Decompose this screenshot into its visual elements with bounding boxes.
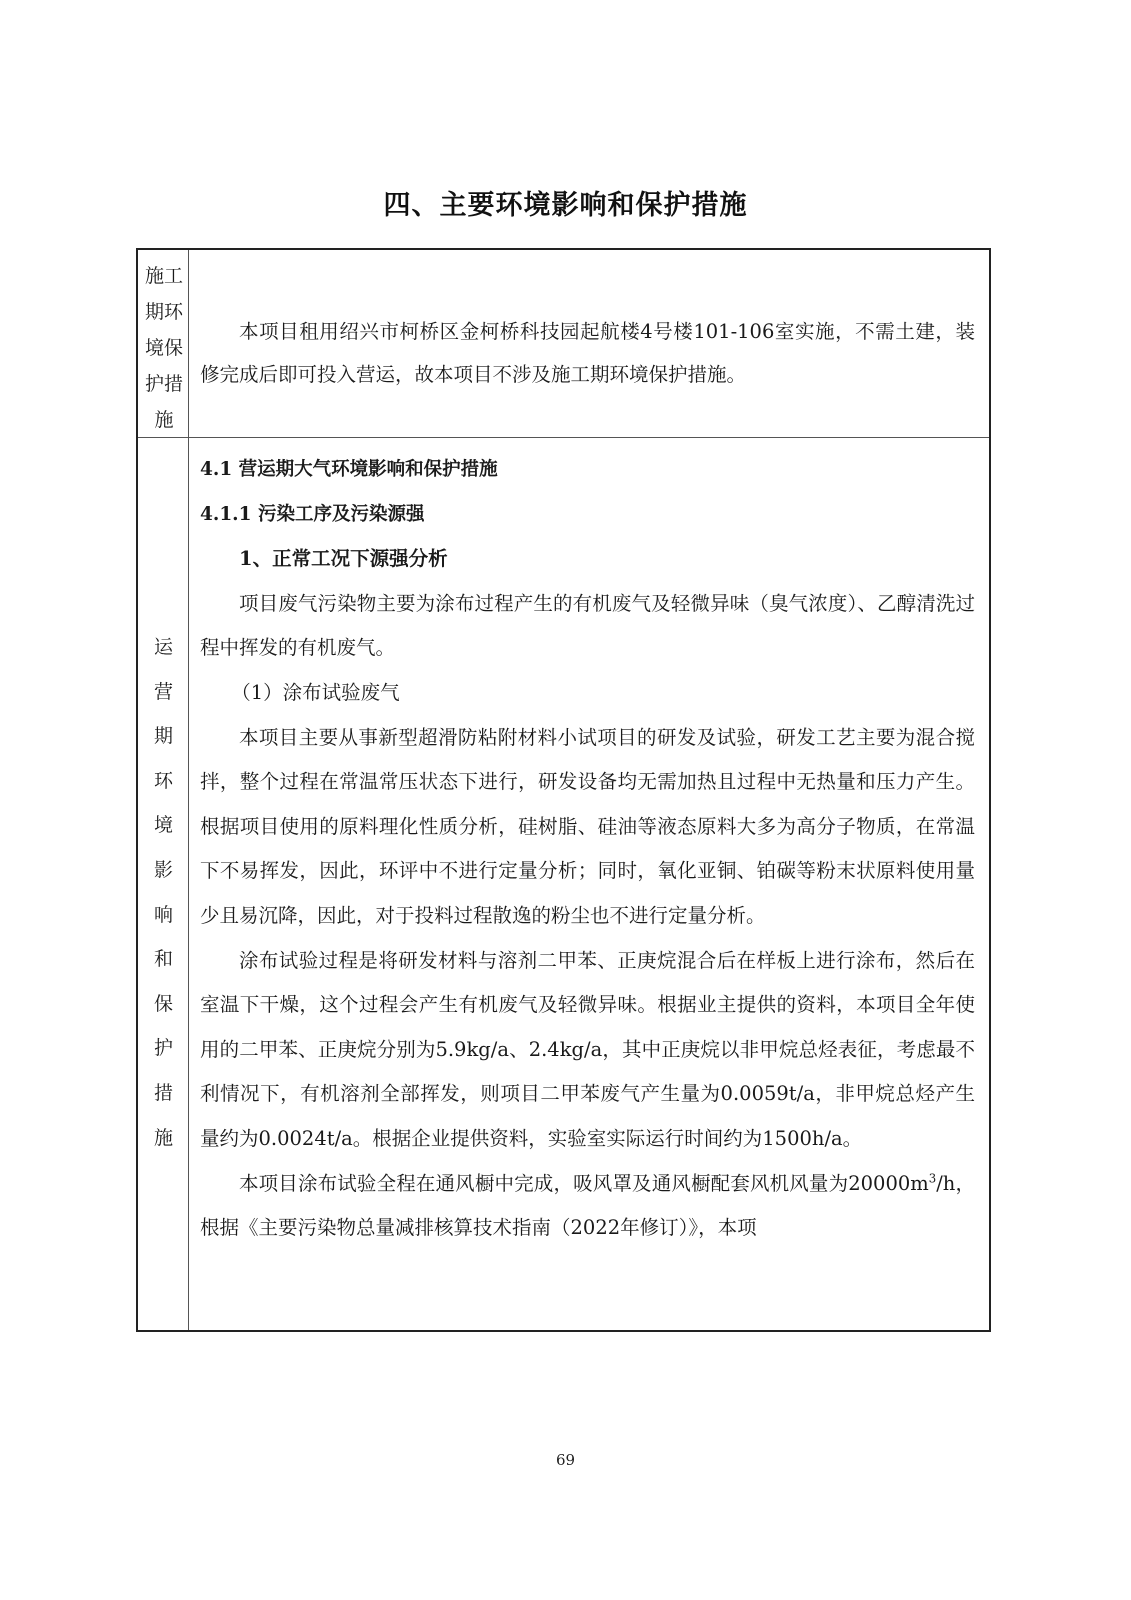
- paragraph-rd-process: 本项目主要从事新型超滑防粘附材料小试项目的研发及试验，研发工艺主要为混合搅拌，整…: [200, 716, 975, 939]
- measures-table: 施工 期环 境保 护措 施 本项目租用绍兴市柯桥区金柯桥科技园起航楼4号楼101…: [136, 248, 991, 1332]
- operation-period-row: 运 营 期 环 境 影 响 和 保 护 措 施 4.1 营运期大气环境影响和保护…: [138, 438, 989, 1330]
- paragraph-coating-process: 涂布试验过程是将研发材料与溶剂二甲苯、正庚烷混合后在样板上进行涂布，然后在室温下…: [200, 939, 975, 1162]
- construction-paragraph: 本项目租用绍兴市柯桥区金柯桥科技园起航楼4号楼101-106室实施，不需土建，装…: [200, 310, 975, 396]
- paragraph-pollutants: 项目废气污染物主要为涂布过程产生的有机废气及轻微异味（臭气浓度）、乙醇清洗过程中…: [200, 582, 975, 671]
- heading-normal-condition: 1、正常工况下源强分析: [200, 537, 975, 582]
- operation-period-content-cell: 4.1 营运期大气环境影响和保护措施 4.1.1 污染工序及污染源强 1、正常工…: [190, 438, 989, 1330]
- construction-period-row: 施工 期环 境保 护措 施 本项目租用绍兴市柯桥区金柯桥科技园起航楼4号楼101…: [138, 250, 989, 438]
- construction-period-content-cell: 本项目租用绍兴市柯桥区金柯桥科技园起航楼4号楼101-106室实施，不需土建，装…: [190, 250, 989, 437]
- section-title: 四、主要环境影响和保护措施: [0, 183, 1131, 222]
- construction-period-label-cell: 施工 期环 境保 护措 施: [138, 250, 189, 437]
- operation-period-label-cell: 运 营 期 环 境 影 响 和 保 护 措 施: [138, 438, 189, 1330]
- operation-period-label: 运 营 期 环 境 影 响 和 保 护 措 施: [138, 625, 189, 1160]
- heading-4-1: 4.1 营运期大气环境影响和保护措施: [200, 448, 975, 493]
- sub-heading-coating-gas: （1）涂布试验废气: [200, 671, 975, 716]
- heading-4-1-1: 4.1.1 污染工序及污染源强: [200, 493, 975, 538]
- page-number: 69: [0, 1451, 1131, 1469]
- operation-content: 4.1 营运期大气环境影响和保护措施 4.1.1 污染工序及污染源强 1、正常工…: [200, 448, 975, 1251]
- construction-period-label: 施工 期环 境保 护措 施: [141, 258, 187, 438]
- paragraph-fume-hood: 本项目涂布试验全程在通风橱中完成，吸风罩及通风橱配套风机风量为20000m3/h…: [200, 1162, 975, 1251]
